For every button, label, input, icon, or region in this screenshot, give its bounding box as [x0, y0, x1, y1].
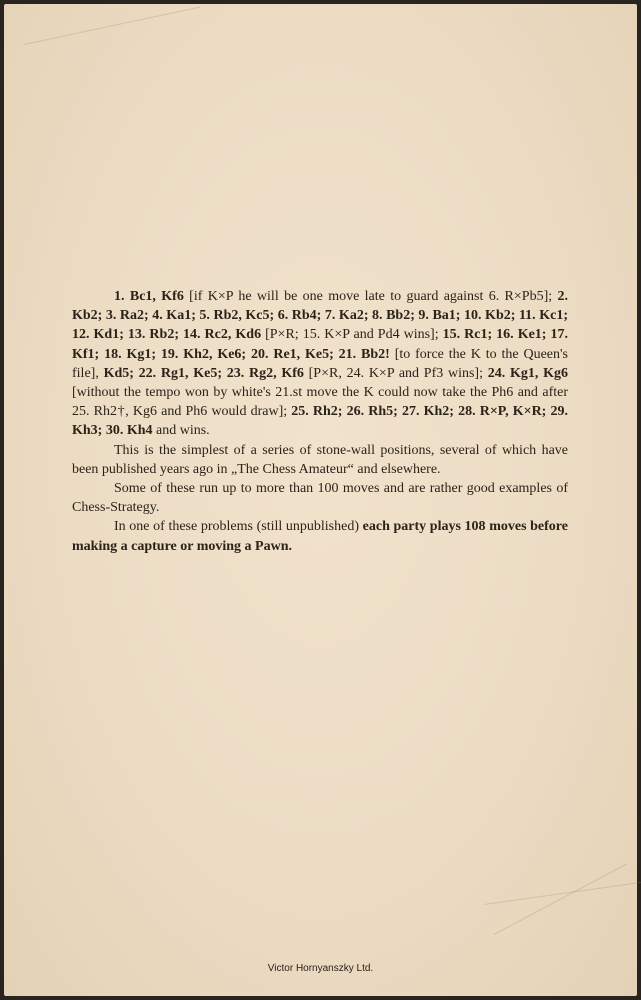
- bold-move-text: Kd5; 22. Rg1, Ke5; 23. Rg2, Kf6: [104, 366, 304, 381]
- bold-move-text: 1. Bc1, Kf6: [114, 289, 184, 304]
- annotation-text: [P×R; 15. K×P and Pd4 wins];: [261, 327, 443, 342]
- paragraph-4: In one of these problems (still unpublis…: [72, 517, 568, 555]
- annotation-text: [P×R, 24. K×P and Pf3 wins];: [304, 366, 488, 381]
- annotation-text: In one of these problems (still unpublis…: [114, 519, 363, 534]
- chess-solution-text: 1. Bc1, Kf6 [if K×P he will be one move …: [72, 287, 568, 556]
- annotation-text: This is the simplest of a series of ston…: [72, 443, 568, 477]
- paper-crease: [484, 882, 641, 905]
- paragraph-3: Some of these run up to more than 100 mo…: [72, 479, 568, 517]
- bold-move-text: 24. Kg1, Kg6: [488, 366, 568, 381]
- paper-crease: [24, 7, 200, 45]
- annotation-text: Some of these run up to more than 100 mo…: [72, 481, 568, 515]
- annotation-text: [if K×P he will be one move late to guar…: [184, 289, 558, 304]
- annotation-text: and wins.: [153, 423, 210, 438]
- paragraph-1: 1. Bc1, Kf6 [if K×P he will be one move …: [72, 287, 568, 441]
- paragraph-2: This is the simplest of a series of ston…: [72, 441, 568, 479]
- publisher-footer: Victor Hornyanszky Ltd.: [0, 963, 641, 974]
